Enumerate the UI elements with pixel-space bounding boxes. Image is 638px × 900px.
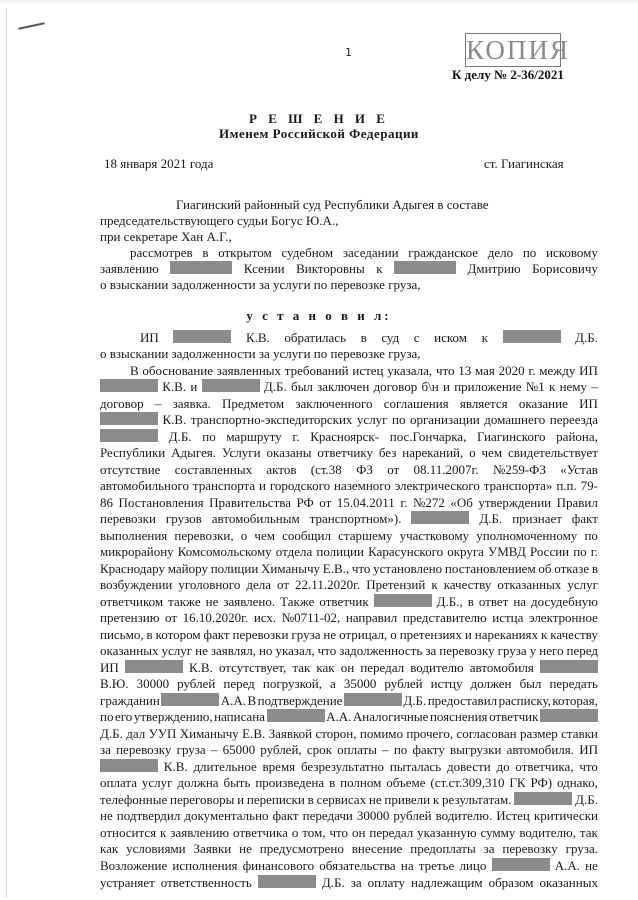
word: автомобильным [212, 511, 300, 527]
word: №272 [413, 495, 445, 511]
copy-stamp: КОПИЯ [465, 33, 561, 67]
word: А.А. [326, 709, 351, 725]
word: грузов [166, 511, 202, 527]
document-subtitle: Именем Российской Федерации [0, 126, 638, 142]
word: г. [591, 544, 598, 560]
word: 15.04.2011 [337, 495, 395, 511]
word: результатам. [442, 792, 512, 808]
word: транспорта [193, 478, 255, 494]
word: которая, [552, 693, 598, 709]
word: заявка. [173, 396, 211, 412]
word: длительное [193, 759, 256, 775]
body-line: К.В.транспортно-экспедиторскихуслугпоорг… [100, 412, 598, 428]
word: ИП [579, 396, 598, 412]
word: оплату [368, 875, 405, 891]
word: в [361, 330, 367, 346]
word: рассмотрев [130, 245, 193, 261]
word: участковому [400, 528, 469, 544]
word: о [241, 528, 248, 544]
word: в [468, 594, 474, 610]
word: – [382, 742, 389, 758]
word: подтверждение [258, 693, 343, 709]
word: не [206, 594, 219, 610]
word: от [319, 495, 331, 511]
redacted-name [100, 412, 158, 425]
redacted-name [100, 759, 158, 772]
word: не [369, 792, 382, 808]
word: Д.Б. [403, 693, 426, 709]
word: рублей [384, 676, 422, 692]
word: пос.Гончарка, [390, 429, 467, 445]
word: к [549, 379, 555, 395]
court-line: Гиагинский районный суд Республики Адыге… [176, 197, 489, 213]
body-line: гражданинА.А.ВподтверждениеД.Б.предостав… [100, 693, 598, 709]
word: К.В. [162, 379, 186, 395]
word: услуг [142, 775, 173, 791]
word: перевозку [502, 841, 557, 857]
word: прочего, [406, 726, 453, 742]
word: Д.Б. [264, 379, 287, 395]
word: его [115, 709, 132, 725]
word: К.В. [189, 660, 213, 676]
word: 08.11.2007г. [414, 462, 479, 478]
word: перевозки [233, 627, 289, 643]
word: 16.10.2020г. [183, 610, 249, 626]
body-line: РеспубликиАдыгея.Услугиоказаныответчикуб… [100, 445, 598, 461]
word: был [520, 676, 542, 692]
word: Д.Б. [575, 330, 598, 346]
word: согласован [456, 726, 516, 742]
word: транспортно-экспедиторских [191, 412, 353, 428]
word: сторон, [316, 726, 357, 742]
body-line: телефонныепереговорыиперепискивсервисахн… [100, 792, 598, 808]
word: Красноярск- [310, 429, 379, 445]
body-line: 86ПостановленияПравительстваРФот15.04.20… [100, 495, 598, 511]
word: обязательства [319, 858, 395, 874]
word: на [401, 858, 414, 874]
word: г. [292, 429, 299, 445]
redacted-name [100, 379, 158, 392]
word: выгрузки [450, 742, 501, 758]
word: условиями [126, 841, 186, 857]
body-line: ответчикомтакженезаявлено.ТакжеответчикД… [100, 594, 598, 610]
word: у [530, 643, 537, 659]
word: расписку, [499, 693, 551, 709]
word: ответчику [317, 445, 373, 461]
word: по [584, 528, 597, 544]
redacted-name [202, 379, 260, 392]
secretary-line: при секретаре Хан А.Г., [100, 229, 232, 245]
word: 2020 [499, 363, 525, 379]
word: микрорайону [100, 544, 174, 560]
word: не [323, 627, 336, 643]
word: как [100, 841, 118, 857]
word: Республики [100, 445, 165, 461]
scan-top-shade [0, 0, 638, 4]
word: сумму [481, 825, 516, 841]
word: представителю [403, 610, 487, 626]
word: довести [447, 759, 491, 775]
word: свидетельствует [508, 445, 598, 461]
word: Борисовичу [532, 261, 598, 277]
word: отрицал, [339, 627, 387, 643]
word: водителю, [519, 825, 576, 841]
word: К.В. [164, 759, 188, 775]
word: исх. [254, 610, 276, 626]
redacted-name [503, 330, 561, 343]
body-line: возбужденииуголовногоделаот22.11.2020г.П… [100, 577, 598, 593]
word: что [436, 363, 455, 379]
word: организации [410, 412, 480, 428]
body-line: относитсякзаявлениюответчикаотом,чтоонпе… [100, 825, 598, 841]
word: отсутствует, [219, 660, 286, 676]
word: также [168, 594, 201, 610]
word: суд [381, 330, 399, 346]
word: и [237, 792, 244, 808]
body-line: письмо,вкоторомфактперевозкигрузанеотриц… [100, 627, 598, 643]
word: груза [177, 742, 206, 758]
word: электрического [395, 478, 480, 494]
word: Комсомольскому [178, 544, 272, 560]
word: до [496, 759, 509, 775]
body-line: К.В.иД.Б.былзаключендоговорб\ниприложени… [100, 379, 598, 395]
word: так [292, 660, 310, 676]
word: к [541, 627, 547, 643]
word: с [414, 330, 420, 346]
word: надлежащим [411, 875, 483, 891]
word: услуг [357, 412, 388, 428]
redacted-name [540, 660, 598, 673]
word: передал [360, 660, 404, 676]
body-line: неподтвердилдокументальнофактпередачи300… [100, 808, 598, 824]
word: оказаны [266, 445, 311, 461]
body-line: оплатауслугдолжнабытьпроизведенавполномо… [100, 775, 598, 791]
word: Заявки [194, 841, 232, 857]
word: о [469, 445, 476, 461]
word: истцу [431, 676, 463, 692]
word: ответ [479, 594, 509, 610]
word: Д.Б. [100, 726, 123, 742]
word: оказание [519, 396, 568, 412]
word: в [329, 775, 335, 791]
word: ИП [140, 330, 159, 346]
word: судебном [281, 245, 333, 261]
word: переговоры [170, 792, 234, 808]
word: майору [168, 561, 208, 577]
redacted-name [170, 261, 232, 274]
word: не [195, 643, 208, 659]
word: качеству [444, 577, 492, 593]
word: груза [498, 643, 527, 659]
word: 30000 [357, 808, 390, 824]
word: финансового [243, 858, 314, 874]
word: Гиагинского [477, 429, 545, 445]
word: оплаты [337, 742, 377, 758]
word: подтвердил [117, 808, 181, 824]
word: транспорта» [484, 478, 553, 494]
word: относится [100, 825, 156, 841]
word: приложение [454, 379, 521, 395]
word: заседании [343, 245, 399, 261]
word: открытом [218, 245, 272, 261]
word: привели [384, 792, 430, 808]
body-line: претензиюот16.10.2020г.исх.№0711-02,напр… [100, 610, 598, 626]
word: за [425, 643, 436, 659]
word: по [573, 544, 586, 560]
word: Д.Б. [575, 792, 598, 808]
word: рублей [393, 808, 431, 824]
word: не [100, 808, 113, 824]
word: РФ [296, 495, 313, 511]
word: факт [204, 627, 230, 643]
word: №1 [526, 379, 545, 395]
word: за [351, 875, 362, 891]
word: услуг [567, 577, 598, 593]
word: так [580, 825, 598, 841]
body-line: ИПК.В.отсутствует,таккаконпередалводител… [100, 660, 598, 676]
word: он [352, 825, 365, 841]
word: К.В. [246, 330, 270, 346]
word: автомобиля. [507, 742, 574, 758]
body-line: Д.Б.помаршрутуг.Красноярск-пос.Гончарка,… [100, 429, 598, 445]
word: договор [100, 396, 144, 412]
word: указала, [387, 363, 432, 379]
word: 35000 [344, 676, 377, 692]
word: дал [126, 726, 145, 742]
word: «Об [450, 495, 473, 511]
word: Адыгея. [171, 445, 216, 461]
word: к [433, 792, 439, 808]
word: ставки [561, 726, 598, 742]
body-line: заперевозкугруза–65000рублей,срокоплаты–… [100, 742, 598, 758]
word: договор [374, 379, 418, 395]
word: актов [266, 462, 296, 478]
word: рублей [177, 676, 215, 692]
word: п.п. [556, 478, 576, 494]
word: Д.Б. [169, 429, 192, 445]
word: быть [223, 775, 250, 791]
word: 65000 [223, 742, 256, 758]
word: чем [254, 528, 275, 544]
word: 79- [581, 478, 598, 494]
word: от [387, 462, 399, 478]
word: перевозки [100, 511, 156, 527]
word: заявлению [100, 261, 159, 277]
word: 22.11.2020г. [295, 577, 360, 593]
word: маршруту [226, 429, 281, 445]
word: Д.Б., [437, 594, 463, 610]
word: в [592, 561, 598, 577]
word: время [263, 759, 296, 775]
word: устраняет [100, 875, 155, 891]
word: претензию [100, 610, 159, 626]
body-line: автомобильноготранспортаигородскогоназем… [100, 478, 598, 494]
word: В [130, 363, 139, 379]
word: 86 [100, 495, 113, 511]
word: направил [346, 610, 397, 626]
word: ответчик [489, 709, 538, 725]
word: нареканиях [475, 627, 538, 643]
word: гражданское [408, 245, 478, 261]
word: К.В. [162, 412, 186, 428]
word: транспортном»). [310, 511, 402, 527]
word: услуг [161, 643, 192, 659]
word: критически [534, 808, 598, 824]
word: и [443, 379, 450, 395]
word: перед [223, 676, 254, 692]
word: 13 [458, 363, 471, 379]
word: утверждению, [134, 709, 213, 725]
word: что [352, 561, 371, 577]
word: предоплаты [410, 841, 475, 857]
word: телефонные [100, 792, 167, 808]
word: по [523, 245, 536, 261]
word: от [165, 610, 177, 626]
word: перевозку [116, 742, 171, 758]
word: к [431, 577, 437, 593]
word: к [482, 330, 488, 346]
word: домашнего [484, 412, 545, 428]
body-line: Вобоснованиезаявленныхтребованийистецука… [130, 363, 598, 379]
body-line: ИПК.В.обратиласьвсудсискомкД.Б. [140, 330, 598, 346]
word: УУП [149, 726, 177, 742]
word: должен [471, 676, 512, 692]
document-page: 1 КОПИЯ К делу № 2-36/2021 Р Е Ш Е Н И Е… [0, 0, 638, 900]
word: задолженность [339, 643, 422, 659]
word: Химанычу [261, 561, 320, 577]
word: должна [177, 775, 218, 791]
word: выполнения [100, 528, 167, 544]
word: исковому [546, 245, 598, 261]
word: переписки [247, 792, 305, 808]
pen-mark [18, 22, 45, 30]
word: от [277, 577, 289, 593]
redacted-name [161, 693, 219, 706]
word: отсутствие [100, 462, 160, 478]
judge-line: председательствующего судьи Богус Ю.А., [100, 213, 338, 229]
word: Краснодару [100, 561, 165, 577]
word: – [591, 379, 598, 395]
word: Возложение [100, 858, 167, 874]
word: и [465, 627, 472, 643]
word: обратилась [284, 330, 346, 346]
redacted-name [411, 511, 469, 524]
word: городского [270, 478, 330, 494]
body-line: отсутствиесоставленныхактов(ст.38ФЗот08.… [100, 462, 598, 478]
word: России [530, 544, 569, 560]
word: №0711-02, [282, 610, 341, 626]
word: ФЗ [356, 462, 373, 478]
word: не [239, 841, 252, 857]
word: к [376, 261, 382, 277]
word: срок [307, 742, 332, 758]
word: Д.Б. [479, 511, 502, 527]
body-line: В.Ю.30000рублейпередпогрузкой,а35000рубл… [100, 676, 598, 692]
word: образом [489, 875, 534, 891]
word: внесение [352, 841, 403, 857]
word: груза. [566, 841, 598, 857]
word: сервисах [317, 792, 367, 808]
word: б\н [422, 379, 439, 395]
body-line: К.В.длительноевремябезрезультатнопыталас… [100, 759, 598, 775]
page-number: 1 [345, 46, 352, 59]
word: передать [549, 676, 597, 692]
word: пыталась [390, 759, 441, 775]
word: Карасунского [368, 544, 443, 560]
word: пояснения [430, 709, 488, 725]
redacted-name [258, 875, 316, 888]
word: перед [567, 643, 598, 659]
body-line: Д.Б.далУУПХиманычуЕ.В.Заявкойсторон,поми… [100, 726, 598, 742]
word: полиции [316, 544, 364, 560]
decision-date: 18 января 2021 года [104, 156, 213, 172]
word: отказанных [497, 577, 561, 593]
word: водителю [410, 660, 463, 676]
word: помимо [360, 726, 403, 742]
word: факт [572, 511, 598, 527]
word: установлено [373, 561, 442, 577]
word: РФ) [530, 775, 552, 791]
redacted-name [394, 261, 456, 274]
considered-line-3: о взыскании задолженности за услуги по п… [100, 277, 421, 293]
word: и [259, 478, 266, 494]
word: иском [434, 330, 467, 346]
redacted-name [540, 709, 598, 722]
word: по [202, 429, 215, 445]
word: и [190, 379, 197, 395]
word: письмо, [100, 627, 144, 643]
word: лицо [459, 858, 486, 874]
redacted-name [344, 693, 402, 706]
body-line: устраняетответственностьД.Б.заоплатунадл… [100, 875, 598, 891]
word: утверждении [478, 495, 551, 511]
word: заявлению [170, 825, 229, 841]
word: Е.В., [323, 561, 349, 577]
word: ИП [100, 660, 119, 676]
word: по [392, 412, 405, 428]
word: заключенного [295, 396, 372, 412]
word: сообщил [282, 528, 331, 544]
word: г. [400, 495, 407, 511]
word: округа [447, 544, 484, 560]
word: заявленных [217, 363, 281, 379]
body-line: микрорайонуКомсомольскомуотделаполицииКа… [100, 544, 598, 560]
word: заявлял, [211, 643, 256, 659]
word: В [248, 693, 257, 709]
word: истца [492, 610, 523, 626]
document-title: Р Е Ш Е Н И Е [0, 111, 638, 127]
word: по [394, 742, 407, 758]
word: на [513, 594, 526, 610]
word: по [100, 709, 113, 725]
word: произведена [255, 775, 324, 791]
word: указанную [417, 825, 476, 841]
word: уполномоченному [476, 528, 577, 544]
word: В.Ю. [100, 676, 129, 692]
word: автомобиля [470, 660, 534, 676]
word: факт [273, 808, 299, 824]
word: документально [184, 808, 268, 824]
word: уголовного [178, 577, 240, 593]
word: исполнения [172, 858, 237, 874]
word: признает [512, 511, 562, 527]
word: – [211, 742, 218, 758]
word: передачи [303, 808, 353, 824]
word: котором [156, 627, 201, 643]
word: ответчика, [515, 759, 573, 775]
word: между [539, 363, 575, 379]
word: Предметом [222, 396, 284, 412]
